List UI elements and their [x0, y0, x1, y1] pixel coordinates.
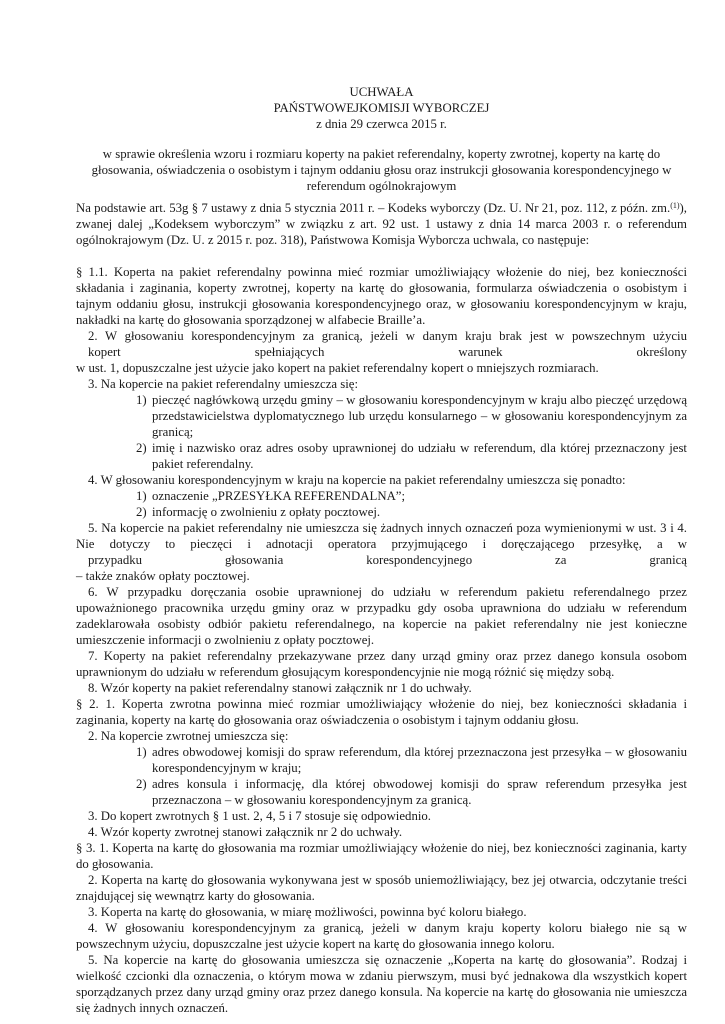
- sec1-par2-line3: w ust. 1, dopuszczalne jest użycie jako …: [76, 360, 687, 376]
- sec2-par3: 3. Do kopert zwrotnych § 1 ust. 2, 4, 5 …: [76, 808, 687, 824]
- list-item-number: 1): [136, 744, 152, 760]
- document-issuer: PAŃSTWOWEJKOMISJI WYBORCZEJ: [76, 100, 687, 116]
- sec2-par2-intro: 2. Na kopercie zwrotnej umieszcza się:: [76, 728, 687, 744]
- list-item-text: imię i nazwisko oraz adres osoby uprawni…: [152, 441, 687, 471]
- list-item-text: adres konsula i informację, dla której o…: [152, 777, 687, 807]
- sec2-par1: § 2. 1. Koperta zwrotna powinna mieć roz…: [76, 696, 687, 728]
- document-page: UCHWAŁA PAŃSTWOWEJKOMISJI WYBORCZEJ z dn…: [0, 0, 725, 1024]
- list-item-text: pieczęć nagłówkową urzędu gminy – w głos…: [152, 393, 687, 439]
- sec1-par4-intro: 4. W głosowaniu korespondencyjnym w kraj…: [76, 472, 687, 488]
- list-item-text: informację o zwolnieniu z opłaty pocztow…: [152, 505, 380, 519]
- list-item-number: 1): [136, 488, 152, 504]
- document-date: z dnia 29 czerwca 2015 r.: [76, 116, 687, 132]
- preamble-text: Na podstawie art. 53g § 7 ustawy z dnia …: [76, 201, 670, 215]
- list-item-number: 2): [136, 776, 152, 792]
- sec1-par5-stretch-line: przypadku głosowania korespondencyjnego …: [76, 552, 687, 568]
- list-item-number: 1): [136, 392, 152, 408]
- list-item: 2)imię i nazwisko oraz adres osoby upraw…: [152, 440, 687, 472]
- sec1-par8: 8. Wzór koperty na pakiet referendalny s…: [76, 680, 687, 696]
- sec1-par6: 6. W przypadku doręczania osobie uprawni…: [76, 584, 687, 648]
- document-title: UCHWAŁA: [76, 84, 687, 100]
- list-item: 1)pieczęć nagłówkową urzędu gminy – w gł…: [152, 392, 687, 440]
- sec1-par3-intro: 3. Na kopercie na pakiet referendalny um…: [76, 376, 687, 392]
- sec1-par5-tail: – także znaków opłaty pocztowej.: [76, 568, 687, 584]
- list-item: 1)adres obwodowej komisji do spraw refer…: [152, 744, 687, 776]
- list-item: 1)oznaczenie „PRZESYŁKA REFERENDALNA”;: [152, 488, 687, 504]
- sec1-par1: § 1.1. Koperta na pakiet referendalny po…: [76, 264, 687, 328]
- list-item-number: 2): [136, 440, 152, 456]
- sec3-par5: 5. Na kopercie na kartę do głosowania um…: [76, 952, 687, 1016]
- list-item-number: 2): [136, 504, 152, 520]
- sec1-par2-line1: 2. W głosowaniu korespondencyjnym za gra…: [76, 328, 687, 344]
- document-body: § 1.1. Koperta na pakiet referendalny po…: [76, 264, 687, 1016]
- list-item: 2)informację o zwolnieniu z opłaty poczt…: [152, 504, 687, 520]
- document-subject: w sprawie określenia wzoru i rozmiaru ko…: [76, 146, 687, 194]
- document-heading: UCHWAŁA PAŃSTWOWEJKOMISJI WYBORCZEJ z dn…: [76, 84, 687, 132]
- preamble: Na podstawie art. 53g § 7 ustawy z dnia …: [76, 200, 687, 248]
- sec3-par2: 2. Koperta na kartę do głosowania wykony…: [76, 872, 687, 904]
- sec1-par2-stretch-line: kopert spełniających warunek określony: [76, 344, 687, 360]
- sec1-par7: 7. Koperty na pakiet referendalny przeka…: [76, 648, 687, 680]
- list-item: 2)adres konsula i informację, dla której…: [152, 776, 687, 808]
- sec3-par3: 3. Koperta na kartę do głosowania, w mia…: [76, 904, 687, 920]
- sec3-par1: § 3. 1. Koperta na kartę do głosowania m…: [76, 840, 687, 872]
- sec3-par4: 4. W głosowaniu korespondencyjnym za gra…: [76, 920, 687, 952]
- list-item-text: adres obwodowej komisji do spraw referen…: [152, 745, 687, 775]
- footnote-marker: (1): [670, 201, 679, 210]
- sec2-par4: 4. Wzór koperty zwrotnej stanowi załączn…: [76, 824, 687, 840]
- list-item-text: oznaczenie „PRZESYŁKA REFERENDALNA”;: [152, 489, 405, 503]
- sec1-par5-main: 5. Na kopercie na pakiet referendalny ni…: [76, 520, 687, 552]
